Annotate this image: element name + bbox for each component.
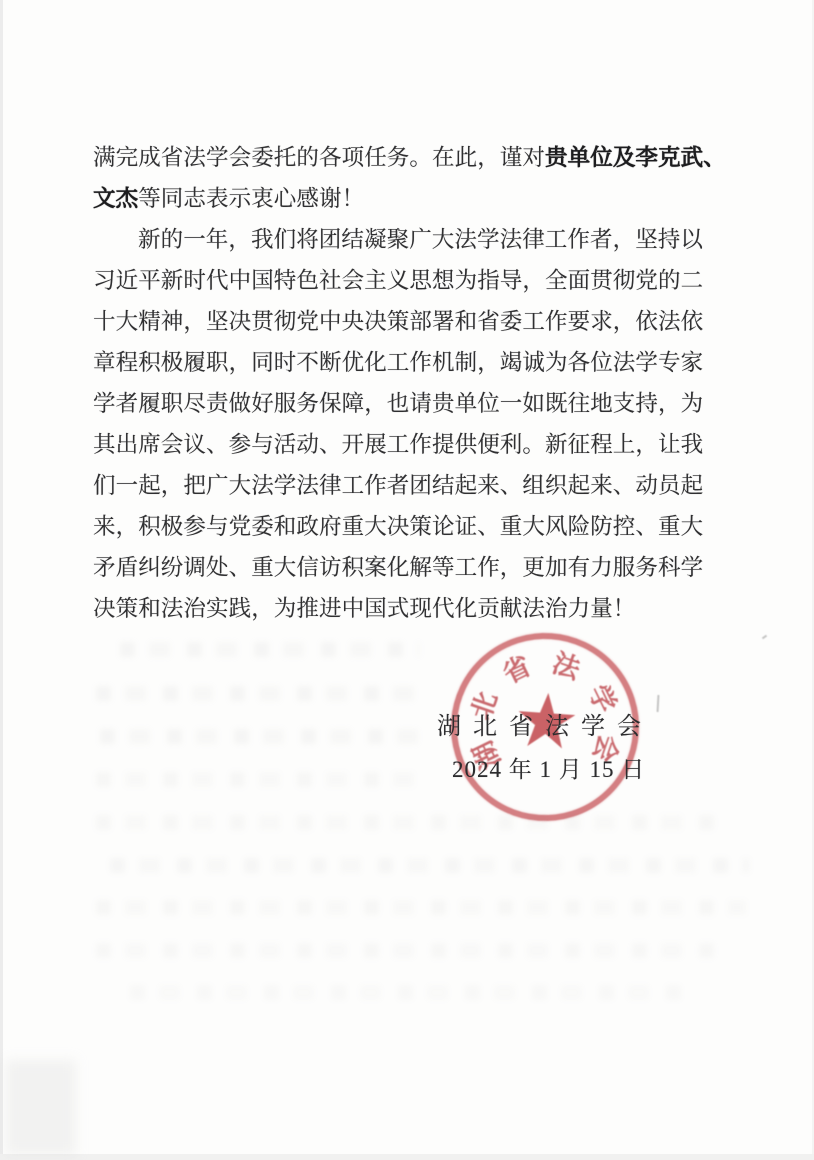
scan-edge-bottom bbox=[0, 1154, 814, 1160]
body-text: 习近平新时代中国特色社会主义思想为指导，全面贯彻党的二 bbox=[93, 268, 703, 293]
bleed-through-ghosting bbox=[120, 642, 420, 657]
body-line: 学者履职尽责做好服务保障，也请贵单位一如既往地支持，为 bbox=[93, 383, 741, 424]
body-text: 们一起，把广大法学法律工作者团结起来、组织起来、动员起 bbox=[93, 473, 703, 498]
body-text: 满完成省法学会委托的各项任务。在此，谨对 bbox=[93, 145, 545, 170]
body-line: 满完成省法学会委托的各项任务。在此，谨对贵单位及李克武、 bbox=[93, 137, 741, 178]
body-line: 习近平新时代中国特色社会主义思想为指导，全面贯彻党的二 bbox=[93, 260, 741, 301]
signature-organization: 湖北省法学会 bbox=[437, 707, 653, 747]
bleed-through-ghosting bbox=[96, 686, 426, 701]
body-line: 们一起，把广大法学法律工作者团结起来、组织起来、动员起 bbox=[93, 465, 741, 506]
signature-date: 2024 年 1 月 15 日 bbox=[452, 750, 645, 790]
body-text: 决策和法治实践，为推进中国式现代化贡献法治力量！ bbox=[93, 596, 635, 621]
bleed-through-ghosting bbox=[96, 943, 716, 958]
body-line: 章程积极履职，同时不断优化工作机制，竭诚为各位法学专家 bbox=[93, 342, 741, 383]
scan-artifact bbox=[657, 695, 660, 712]
body-line: 十大精神，坚决贯彻党中央决策部署和省委工作要求，依法依 bbox=[93, 301, 741, 342]
bleed-through-ghosting bbox=[96, 900, 746, 915]
body-line: 矛盾纠纷调处、重大信访积案化解等工作，更加有力服务科学 bbox=[93, 547, 741, 588]
body-text: 新的一年，我们将团结凝聚广大法学法律工作者，坚持以 bbox=[138, 227, 703, 252]
scan-edge-left bbox=[0, 0, 3, 1160]
body-text: 矛盾纠纷调处、重大信访积案化解等工作，更加有力服务科学 bbox=[93, 555, 703, 580]
body-line: 来，积极参与党委和政府重大决策论证、重大风险防控、重大 bbox=[93, 506, 741, 547]
body-line: 其出席会议、参与活动、开展工作提供便利。新征程上，让我 bbox=[93, 424, 741, 465]
bleed-through-ghosting bbox=[100, 729, 420, 744]
bleed-through-ghosting bbox=[96, 772, 426, 787]
bleed-through-ghosting bbox=[110, 858, 750, 873]
body-text: 来，积极参与党委和政府重大决策论证、重大风险防控、重大 bbox=[93, 514, 703, 539]
body-line: 新的一年，我们将团结凝聚广大法学法律工作者，坚持以 bbox=[93, 219, 741, 260]
body-text: 其出席会议、参与活动、开展工作提供便利。新征程上，让我 bbox=[93, 432, 703, 457]
letter-body: 满完成省法学会委托的各项任务。在此，谨对贵单位及李克武、文杰等同志表示衷心感谢！… bbox=[93, 137, 741, 629]
bleed-through-ghosting bbox=[130, 985, 690, 1000]
scan-smudge bbox=[6, 1060, 76, 1155]
body-text: 十大精神，坚决贯彻党中央决策部署和省委工作要求，依法依 bbox=[93, 309, 703, 334]
scan-artifact bbox=[762, 635, 767, 640]
scanned-letter-page: 满完成省法学会委托的各项任务。在此，谨对贵单位及李克武、文杰等同志表示衷心感谢！… bbox=[0, 0, 814, 1160]
body-line: 决策和法治实践，为推进中国式现代化贡献法治力量！ bbox=[93, 588, 741, 629]
body-text-bold: 贵单位及李克武、 bbox=[545, 145, 726, 170]
body-text: 章程积极履职，同时不断优化工作机制，竭诚为各位法学专家 bbox=[93, 350, 703, 375]
body-text-bold: 文杰 bbox=[93, 186, 138, 211]
body-line: 文杰等同志表示衷心感谢！ bbox=[93, 178, 741, 219]
body-text: 等同志表示衷心感谢！ bbox=[138, 186, 364, 211]
body-text: 学者履职尽责做好服务保障，也请贵单位一如既往地支持，为 bbox=[93, 391, 703, 416]
